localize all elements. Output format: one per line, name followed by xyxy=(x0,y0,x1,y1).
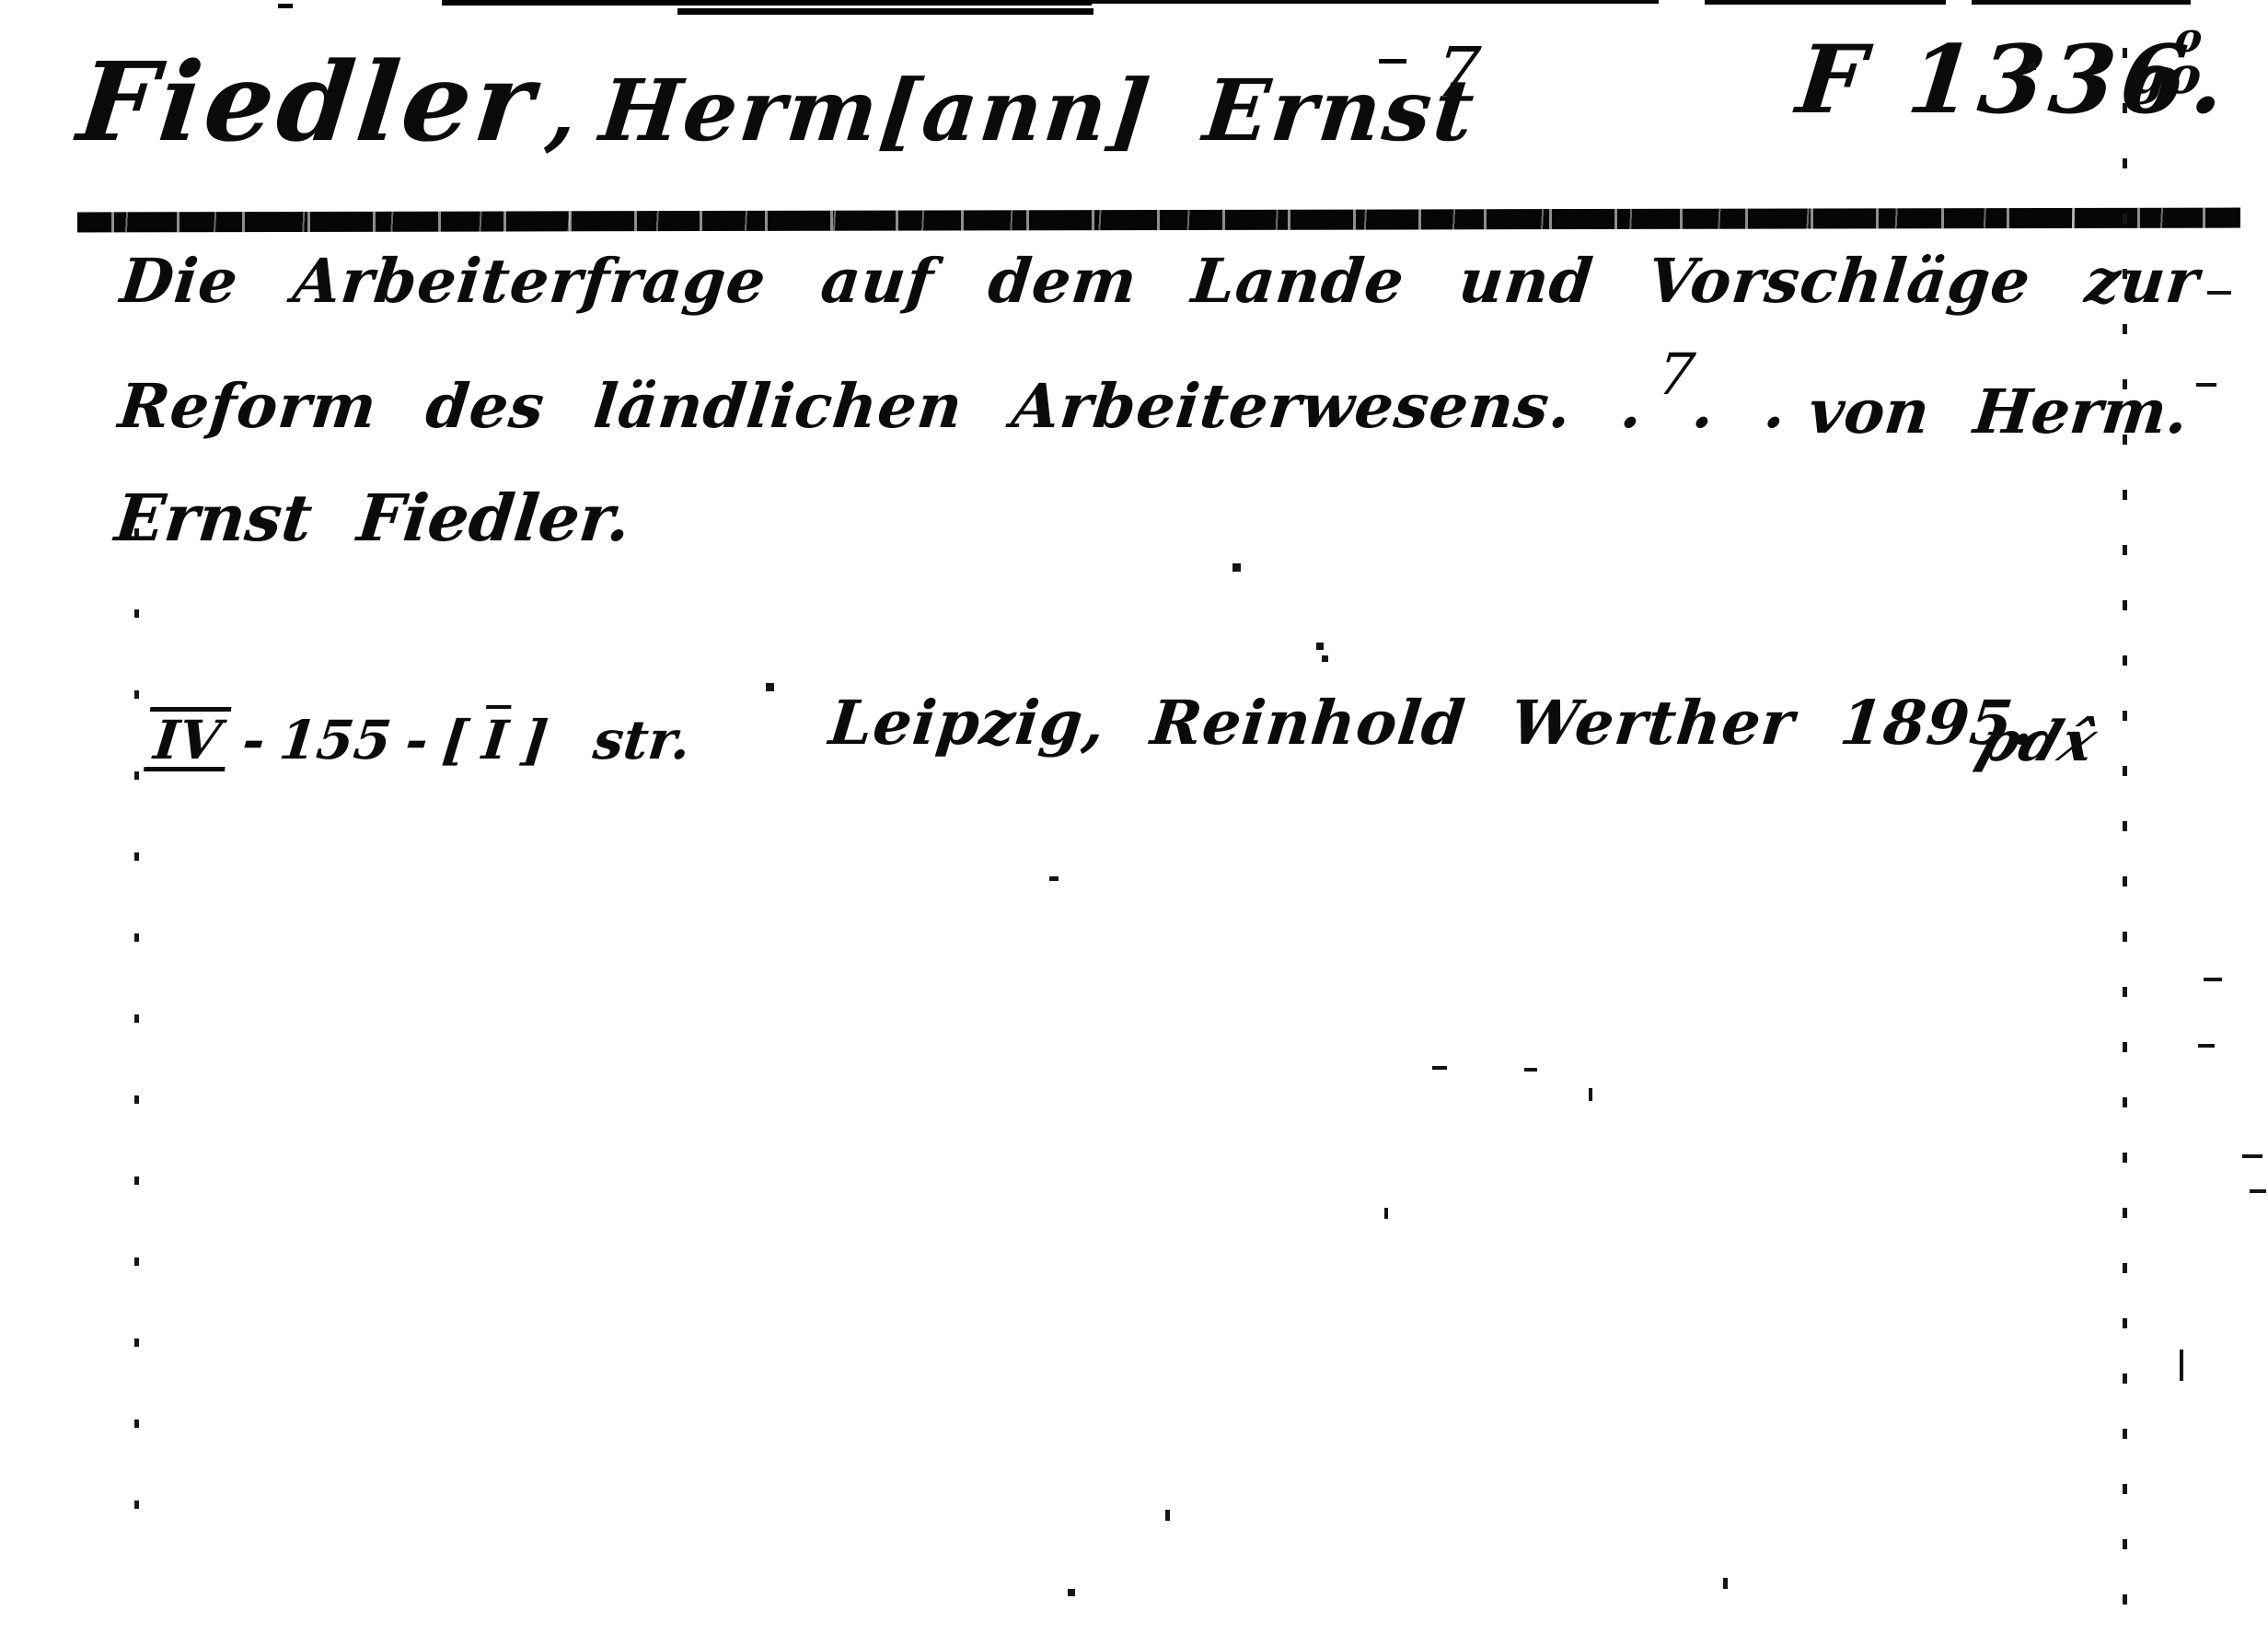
scan-speck xyxy=(2196,383,2216,387)
title-line-3: Ernst Fiedler. xyxy=(112,486,633,550)
scan-edge-artifact xyxy=(677,8,1093,15)
corner-format-mark: o go xyxy=(2128,18,2207,101)
shelfmark-volume: I xyxy=(480,713,510,767)
author-forename: Herm[ann] Ernst xyxy=(596,68,1480,153)
scan-speck xyxy=(1232,563,1241,572)
divider-rule xyxy=(77,208,2240,233)
dash-before-reference-mark xyxy=(1379,59,1406,64)
shelfmark-dash: - xyxy=(240,713,268,767)
scan-speck xyxy=(1384,1208,1388,1219)
scan-edge-artifact xyxy=(1972,0,2191,5)
scan-speck xyxy=(2180,1350,2183,1381)
reference-mark-header: 7 xyxy=(1432,39,1483,107)
scan-speck xyxy=(1165,1510,1170,1521)
scan-speck xyxy=(1432,1066,1447,1070)
shelfmark-bracket-close: ] xyxy=(519,713,550,767)
author-surname: Fiedler xyxy=(74,48,542,156)
scan-speck xyxy=(1322,655,1328,662)
corner-format-mark-bottom: go xyxy=(2128,50,2204,101)
scan-speck xyxy=(1316,643,1324,650)
scan-edge-artifact xyxy=(278,4,293,8)
title-line-2: Reform des ländlichen Arbeiterwesens. . … xyxy=(116,376,1790,436)
catalog-card: Fiedler , Herm[ann] Ernst 7 F 1336. o go… xyxy=(0,0,2268,1634)
shelfmark-number: 155 xyxy=(277,713,394,767)
scan-speck xyxy=(1068,1589,1075,1596)
scan-speck xyxy=(2250,1189,2266,1193)
title-line-1: Die Arbeiterfrage auf dem Lande und Vors… xyxy=(118,250,2203,311)
cataloger-annotation: pdx̂ xyxy=(1972,714,2105,770)
shelfmark: IV - 155 - [ I ] str. xyxy=(144,707,694,771)
dotted-guide-left xyxy=(134,528,139,1578)
publication-statement: Leipzig, Reinhold Werther 1895. xyxy=(827,692,2039,753)
author-comma: , xyxy=(544,70,582,153)
scan-edge-artifact xyxy=(1705,0,1946,5)
scan-edge-artifact xyxy=(442,0,1092,6)
heading-author: Fiedler , Herm[ann] Ernst xyxy=(74,48,1483,156)
reference-mark-title: 7 xyxy=(1655,346,1697,403)
scan-speck xyxy=(2204,978,2222,981)
shelfmark-bracket-open: [ xyxy=(440,713,471,767)
dotted-guide-right xyxy=(2123,48,2127,1622)
scan-speck xyxy=(1723,1578,1728,1589)
shelfmark-dash: - xyxy=(403,713,431,767)
scan-speck xyxy=(2207,291,2231,295)
scan-speck xyxy=(766,683,774,691)
shelfmark-roman-numeral: IV xyxy=(144,707,231,771)
scan-speck xyxy=(2029,63,2036,70)
scan-speck xyxy=(1589,1088,1592,1101)
title-line-2-end: von Herm. xyxy=(1806,381,2191,442)
scan-edge-artifact xyxy=(1092,0,1659,4)
scan-speck xyxy=(1049,876,1059,881)
scan-speck xyxy=(2242,1154,2262,1158)
scan-speck xyxy=(2198,1044,2215,1048)
scan-speck xyxy=(1524,1068,1537,1072)
shelfmark-suffix: str. xyxy=(591,713,693,767)
